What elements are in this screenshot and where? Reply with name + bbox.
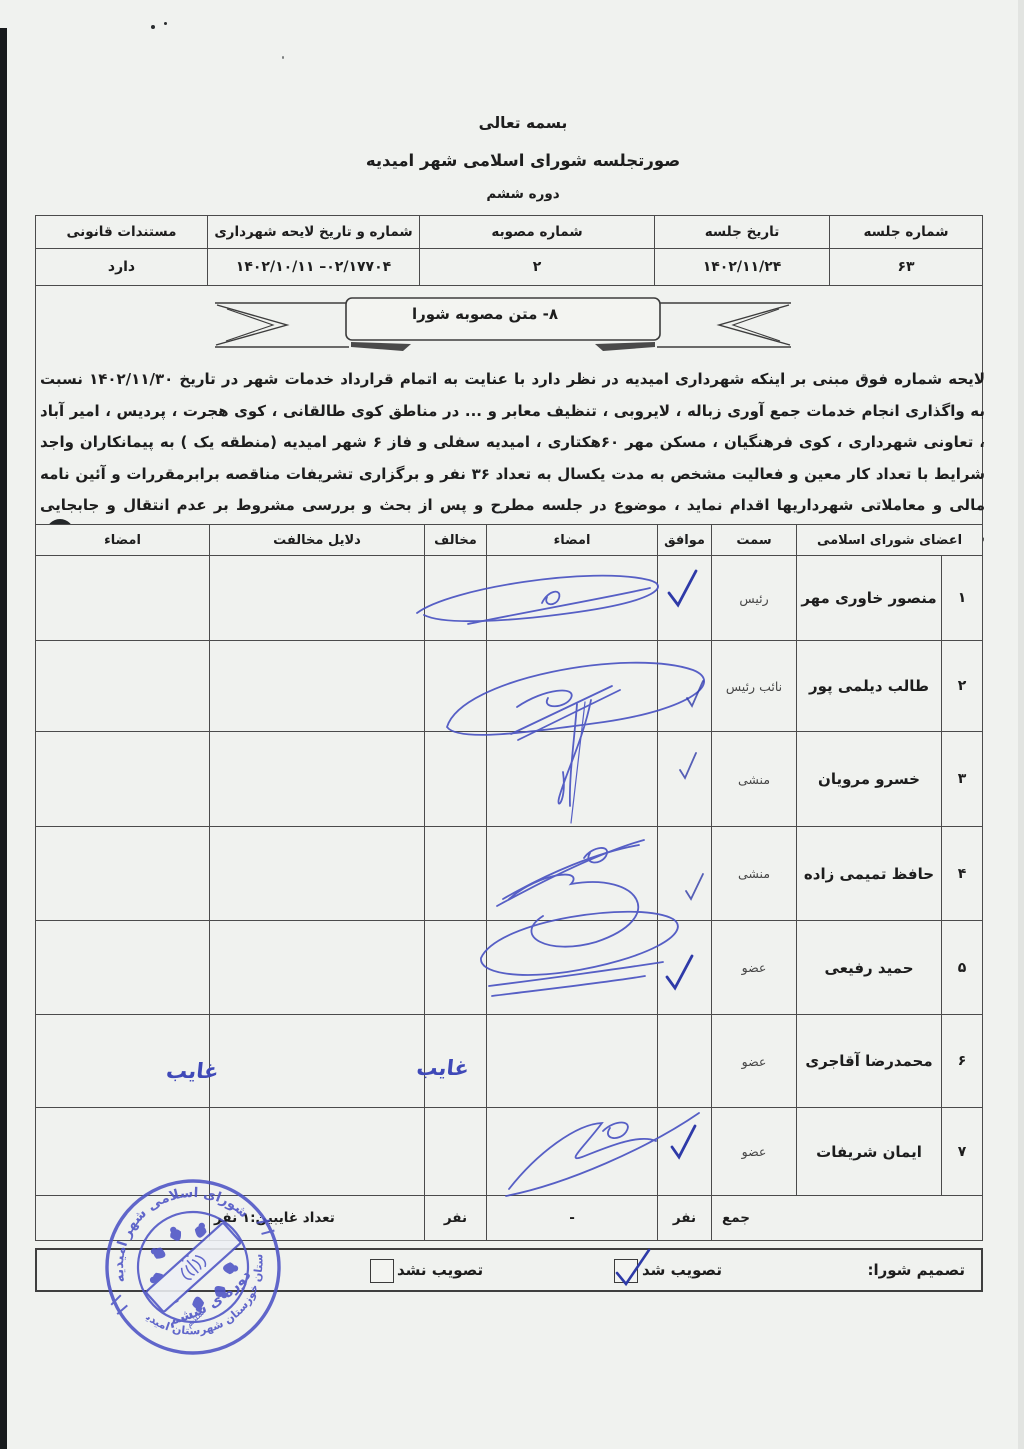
row-number: ۷ xyxy=(942,1108,982,1195)
member-name: خسرو مرویان xyxy=(797,732,941,826)
member-name: طالب دیلمی پور xyxy=(797,641,941,731)
oppose-cell xyxy=(425,921,486,1014)
member-position: منشی xyxy=(712,827,796,920)
oppose-cell xyxy=(425,1108,486,1195)
signature-cell xyxy=(487,921,657,1014)
oppose-reasons-cell xyxy=(210,827,424,920)
sum-empty-cell xyxy=(36,1196,209,1240)
value-session-number: ۶۳ xyxy=(830,249,982,285)
signature-cell xyxy=(487,1015,657,1107)
oppose-cell xyxy=(425,556,486,640)
agree-cell xyxy=(658,556,711,640)
member-name: ایمان شریفات xyxy=(797,1108,941,1195)
agree-cell xyxy=(658,827,711,920)
session-info-table: شماره جلسه تاریخ جلسه شماره مصوبه شماره … xyxy=(35,215,983,286)
scan-right-edge xyxy=(1018,0,1024,1449)
row-number: ۶ xyxy=(942,1015,982,1107)
oppose-cell xyxy=(425,827,486,920)
header-bill-number-date: شماره و تاریخ لایحه شهرداری xyxy=(208,216,419,248)
sum-agree-unit: نفر xyxy=(658,1196,711,1240)
header-legal-docs: مستندات قانونی xyxy=(36,216,207,248)
header-signature: امضاء xyxy=(487,525,657,555)
row-number: ۲ xyxy=(942,641,982,731)
signature-cell xyxy=(487,732,657,826)
row-number: ۵ xyxy=(942,921,982,1014)
signature-cell xyxy=(487,827,657,920)
sum-absents: تعداد غایبین:۱ نفر xyxy=(210,1196,424,1240)
value-legal-docs: دارد xyxy=(36,249,207,285)
signature2-cell xyxy=(36,1108,209,1195)
oppose-reasons-cell xyxy=(210,641,424,731)
signature2-cell xyxy=(36,556,209,640)
signature-cell xyxy=(487,556,657,640)
signature-cell xyxy=(487,1108,657,1195)
member-position: رئیس xyxy=(712,556,796,640)
value-session-date: ۱۴۰۲/۱۱/۲۴ xyxy=(655,249,829,285)
approved-checkbox xyxy=(614,1259,638,1283)
header-signature-2: امضاء xyxy=(36,525,209,555)
agree-cell xyxy=(658,1015,711,1107)
header-session-number: شماره جلسه xyxy=(830,216,982,248)
bismillah-line: بسمه تعالی xyxy=(49,114,997,132)
member-position: عضو xyxy=(712,1015,796,1107)
row-number: ۱ xyxy=(942,556,982,640)
member-position: عضو xyxy=(712,921,796,1014)
rejected-label: تصویب نشد xyxy=(397,1261,483,1279)
member-name: منصور خاوری مهر xyxy=(797,556,941,640)
row-number: ۳ xyxy=(942,732,982,826)
rejected-checkbox xyxy=(370,1259,394,1283)
scan-left-edge xyxy=(0,28,7,1449)
header-oppose-reasons: دلایل مخالفت xyxy=(210,525,424,555)
header-session-date: تاریخ جلسه xyxy=(655,216,829,248)
oppose-cell xyxy=(425,1015,486,1107)
banner-label: ۸- متن مصوبه شورا xyxy=(350,305,620,323)
value-resolution-number: ۲ xyxy=(420,249,654,285)
value-bill-number-date: ۱۴۰۲/۱۰/۱۱ –۰۲/۱۷۷۰۴ xyxy=(208,249,419,285)
signature2-cell xyxy=(36,827,209,920)
oppose-reasons-cell xyxy=(210,1108,424,1195)
agree-cell xyxy=(658,921,711,1014)
scanned-document-page: بسمه تعالی صورتجلسه شورای اسلامی شهر امی… xyxy=(0,0,1024,1449)
header-members: اعضای شورای اسلامی xyxy=(797,525,982,555)
header-position: سمت xyxy=(712,525,796,555)
approved-label: تصویب شد xyxy=(642,1261,722,1279)
signature2-cell xyxy=(36,732,209,826)
member-position: منشی xyxy=(712,732,796,826)
signature2-cell xyxy=(36,641,209,731)
signature-cell xyxy=(487,641,657,731)
oppose-cell xyxy=(425,641,486,731)
member-position: عضو xyxy=(712,1108,796,1195)
ribbon-banner xyxy=(213,294,793,358)
sum-signature-dash: - xyxy=(487,1196,657,1240)
sum-label: جمع xyxy=(712,1196,982,1240)
signature2-cell xyxy=(36,1015,209,1107)
row-number: ۴ xyxy=(942,827,982,920)
agree-cell xyxy=(658,732,711,826)
oppose-reasons-cell xyxy=(210,732,424,826)
document-header: بسمه تعالی صورتجلسه شورای اسلامی شهر امی… xyxy=(49,0,997,210)
stamp-term-small: ششم xyxy=(184,1308,206,1330)
council-term: دوره ششم xyxy=(49,186,997,202)
sum-oppose-unit: نفر xyxy=(425,1196,486,1240)
council-decision-row: تصمیم شورا: تصویب شد تصویب نشد xyxy=(35,1248,983,1292)
decision-label: تصمیم شورا: xyxy=(867,1261,965,1279)
oppose-reasons-cell xyxy=(210,1015,424,1107)
oppose-reasons-cell xyxy=(210,921,424,1014)
signature2-cell xyxy=(36,921,209,1014)
agree-cell xyxy=(658,641,711,731)
member-name: محمدرضا آقاجری xyxy=(797,1015,941,1107)
member-name: حمید رفیعی xyxy=(797,921,941,1014)
oppose-reasons-cell xyxy=(210,556,424,640)
agree-cell xyxy=(658,1108,711,1195)
header-resolution-number: شماره مصوبه xyxy=(420,216,654,248)
member-name: حافظ تمیمی زاده xyxy=(797,827,941,920)
members-vote-table: اعضای شورای اسلامی سمت موافق امضاء مخالف… xyxy=(35,524,983,1241)
document-title: صورتجلسه شورای اسلامی شهر امیدیه xyxy=(49,151,997,170)
header-agree: موافق xyxy=(658,525,711,555)
oppose-cell xyxy=(425,732,486,826)
header-oppose: مخالف xyxy=(425,525,486,555)
member-position: نائب رئیس xyxy=(712,641,796,731)
